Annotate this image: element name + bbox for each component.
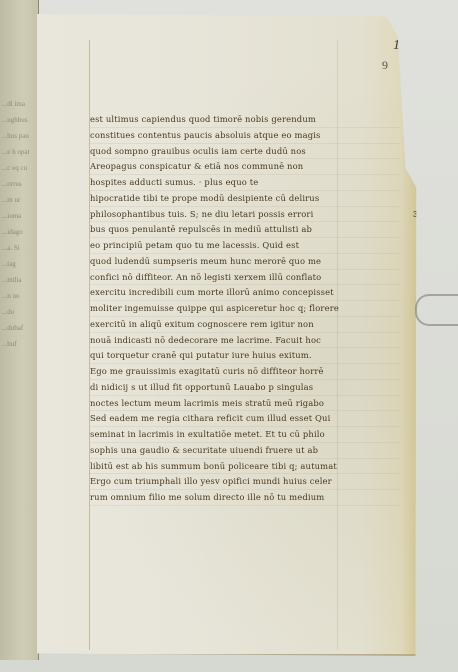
- text-line: philosophantibus tuis. S; ne diu letari …: [90, 207, 400, 223]
- text-line: quod sompno grauibus oculis iam certe du…: [90, 144, 400, 160]
- facing-line: ...ughbus: [2, 112, 36, 128]
- folio-number-pencil: 9: [382, 58, 388, 73]
- text-line: Ego me grauissimis exagitatū curis nō di…: [90, 364, 400, 380]
- text-line: rum omnium filio me solum directo ille n…: [90, 490, 400, 506]
- text-line: seminat in lacrimis in exultatiōe metet.…: [90, 427, 400, 443]
- facing-line: ...a. Si: [2, 240, 36, 256]
- edge-stain: [401, 14, 417, 656]
- text-line: quod ludendū sumpseris meum hunc merorē …: [90, 254, 400, 270]
- text-line: exercitū in aliqū exitum cognoscere rem …: [90, 317, 400, 333]
- text-line: hipocratide tibi te prope modū desipient…: [90, 191, 400, 207]
- text-line: libitū est ab his summum bonū policeare …: [90, 459, 400, 475]
- text-line: sophis una gaudio & securitate uiuendi f…: [90, 443, 400, 459]
- facing-line: ...n uo: [2, 288, 36, 304]
- text-line: exercitu incredibili cum morte illorū an…: [90, 285, 400, 301]
- text-line: noctes lectum meum lacrimis meis stratū …: [90, 396, 400, 412]
- text-line: qui torquetur cranē qui putatur iure hui…: [90, 348, 400, 364]
- margin-quire-mark: 3: [413, 210, 417, 219]
- text-line: hospites adducti sumus. · plus equo te: [90, 175, 400, 191]
- facing-line: ...e h opat: [2, 144, 36, 160]
- facing-line: ...buf: [2, 336, 36, 352]
- text-line: constitues contentus paucis absoluis atq…: [90, 128, 400, 144]
- text-line: Areopagus conspicatur & etiā nos communē…: [90, 159, 400, 175]
- text-line: est ultimus capiendus quod timorē nobis …: [90, 112, 400, 128]
- text-line: Sed eadem me regia cithara reficit cum i…: [90, 411, 400, 427]
- facing-line: ...ioma: [2, 208, 36, 224]
- text-line: bus quos penulantē repulscēs in mediū at…: [90, 222, 400, 238]
- text-line: moliter ingemuisse quippe qui aspiceretu…: [90, 301, 400, 317]
- facing-line: ...bus pau: [2, 128, 36, 144]
- manuscript-text-block: est ultimus capiendus quod timorē nobis …: [90, 112, 400, 506]
- facing-page-text: ...dl ima ...ughbus ...bus pau ...e h op…: [2, 96, 36, 352]
- facing-line: ...do: [2, 304, 36, 320]
- facing-line: ...tag: [2, 256, 36, 272]
- folio-number-ink: 10: [393, 38, 407, 54]
- facing-page-edge: ...dl ima ...ughbus ...bus pau ...e h op…: [0, 0, 39, 660]
- text-line: Ergo cum triumphali illo yesv opifici mu…: [90, 474, 400, 490]
- text-line: eo principiū petam quo tu me lacessis. Q…: [90, 238, 400, 254]
- facing-line: ...idago: [2, 224, 36, 240]
- facing-line: ...c eq cu: [2, 160, 36, 176]
- page-clip: [415, 294, 458, 326]
- facing-line: ...milia: [2, 272, 36, 288]
- text-line: confici nō diffiteor. An nō legisti xerx…: [90, 270, 400, 286]
- text-line: nouā indicasti nō dedecorare me lacrime.…: [90, 333, 400, 349]
- manuscript-photo: ...dl ima ...ughbus ...bus pau ...e h op…: [0, 0, 458, 672]
- manuscript-leaf: 10 9 3 est ultimus capiendus quod timorē…: [37, 14, 417, 656]
- facing-line: ...dubaf: [2, 320, 36, 336]
- facing-line: ...m ur: [2, 192, 36, 208]
- facing-line: ...orrus: [2, 176, 36, 192]
- text-line: di nidicij s ut illud fit opportunū Laua…: [90, 380, 400, 396]
- facing-line: ...dl ima: [2, 96, 36, 112]
